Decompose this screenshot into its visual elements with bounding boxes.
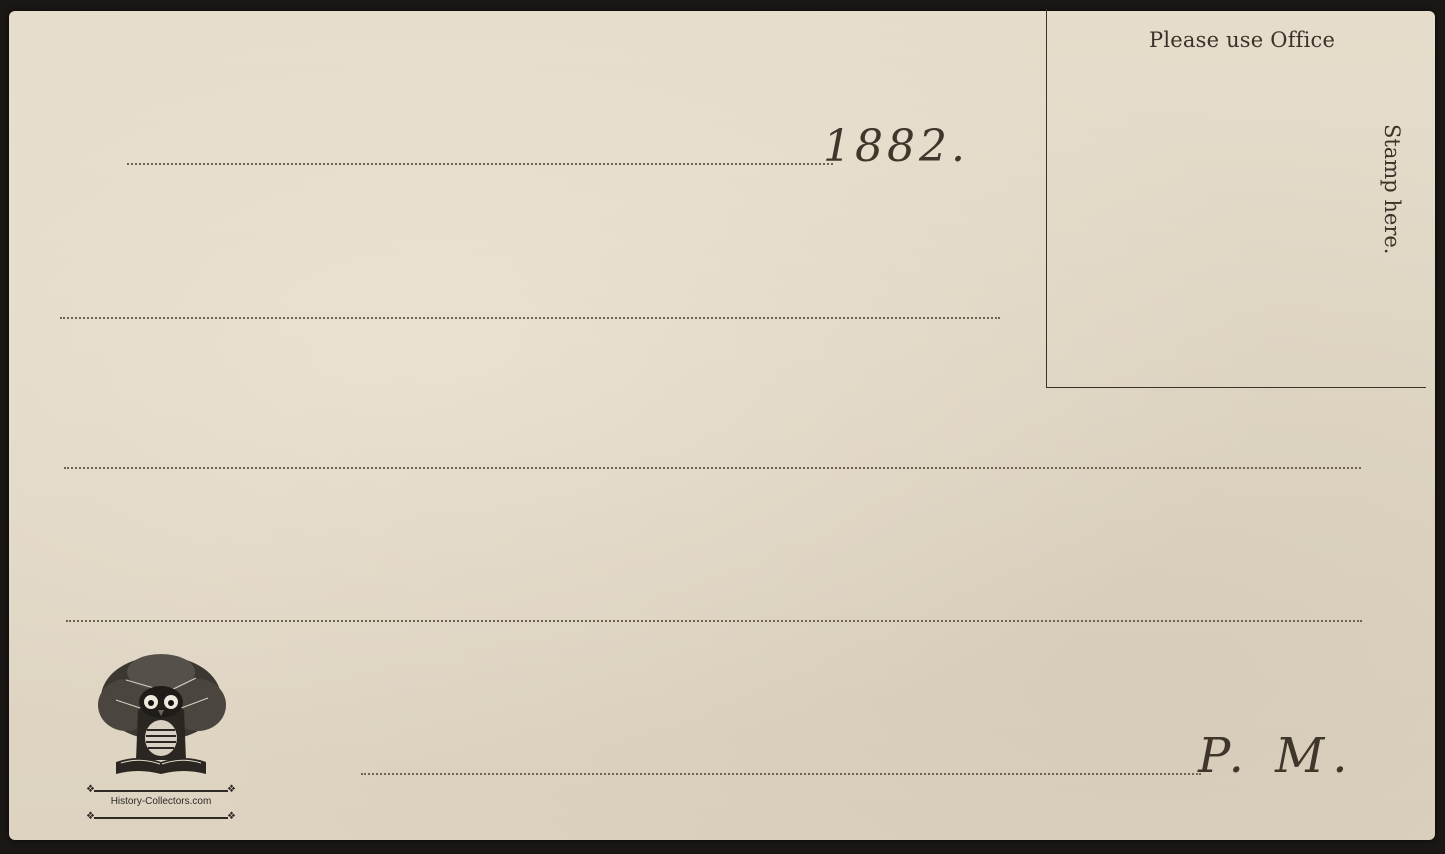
address-line-3: [66, 620, 1362, 622]
watermark-logo: History-Collectors.com: [86, 650, 236, 820]
address-line-2: [64, 467, 1361, 469]
owl-on-book-icon: [86, 650, 236, 780]
date-line: [127, 163, 833, 165]
postmaster-signature-label: P. M.: [1198, 728, 1356, 784]
stamp-instruction-top: Please use Office: [1149, 28, 1335, 52]
address-line-1: [60, 317, 1000, 319]
stamp-box: [1046, 9, 1426, 388]
ornament-rule-bottom: [94, 817, 228, 819]
year-label: 1882.: [823, 121, 969, 172]
ornament-rule-top: [94, 790, 228, 792]
postmaster-line: [361, 773, 1201, 775]
stamp-instruction-side: Stamp here.: [1380, 124, 1404, 254]
watermark-text: History-Collectors.com: [86, 796, 236, 807]
